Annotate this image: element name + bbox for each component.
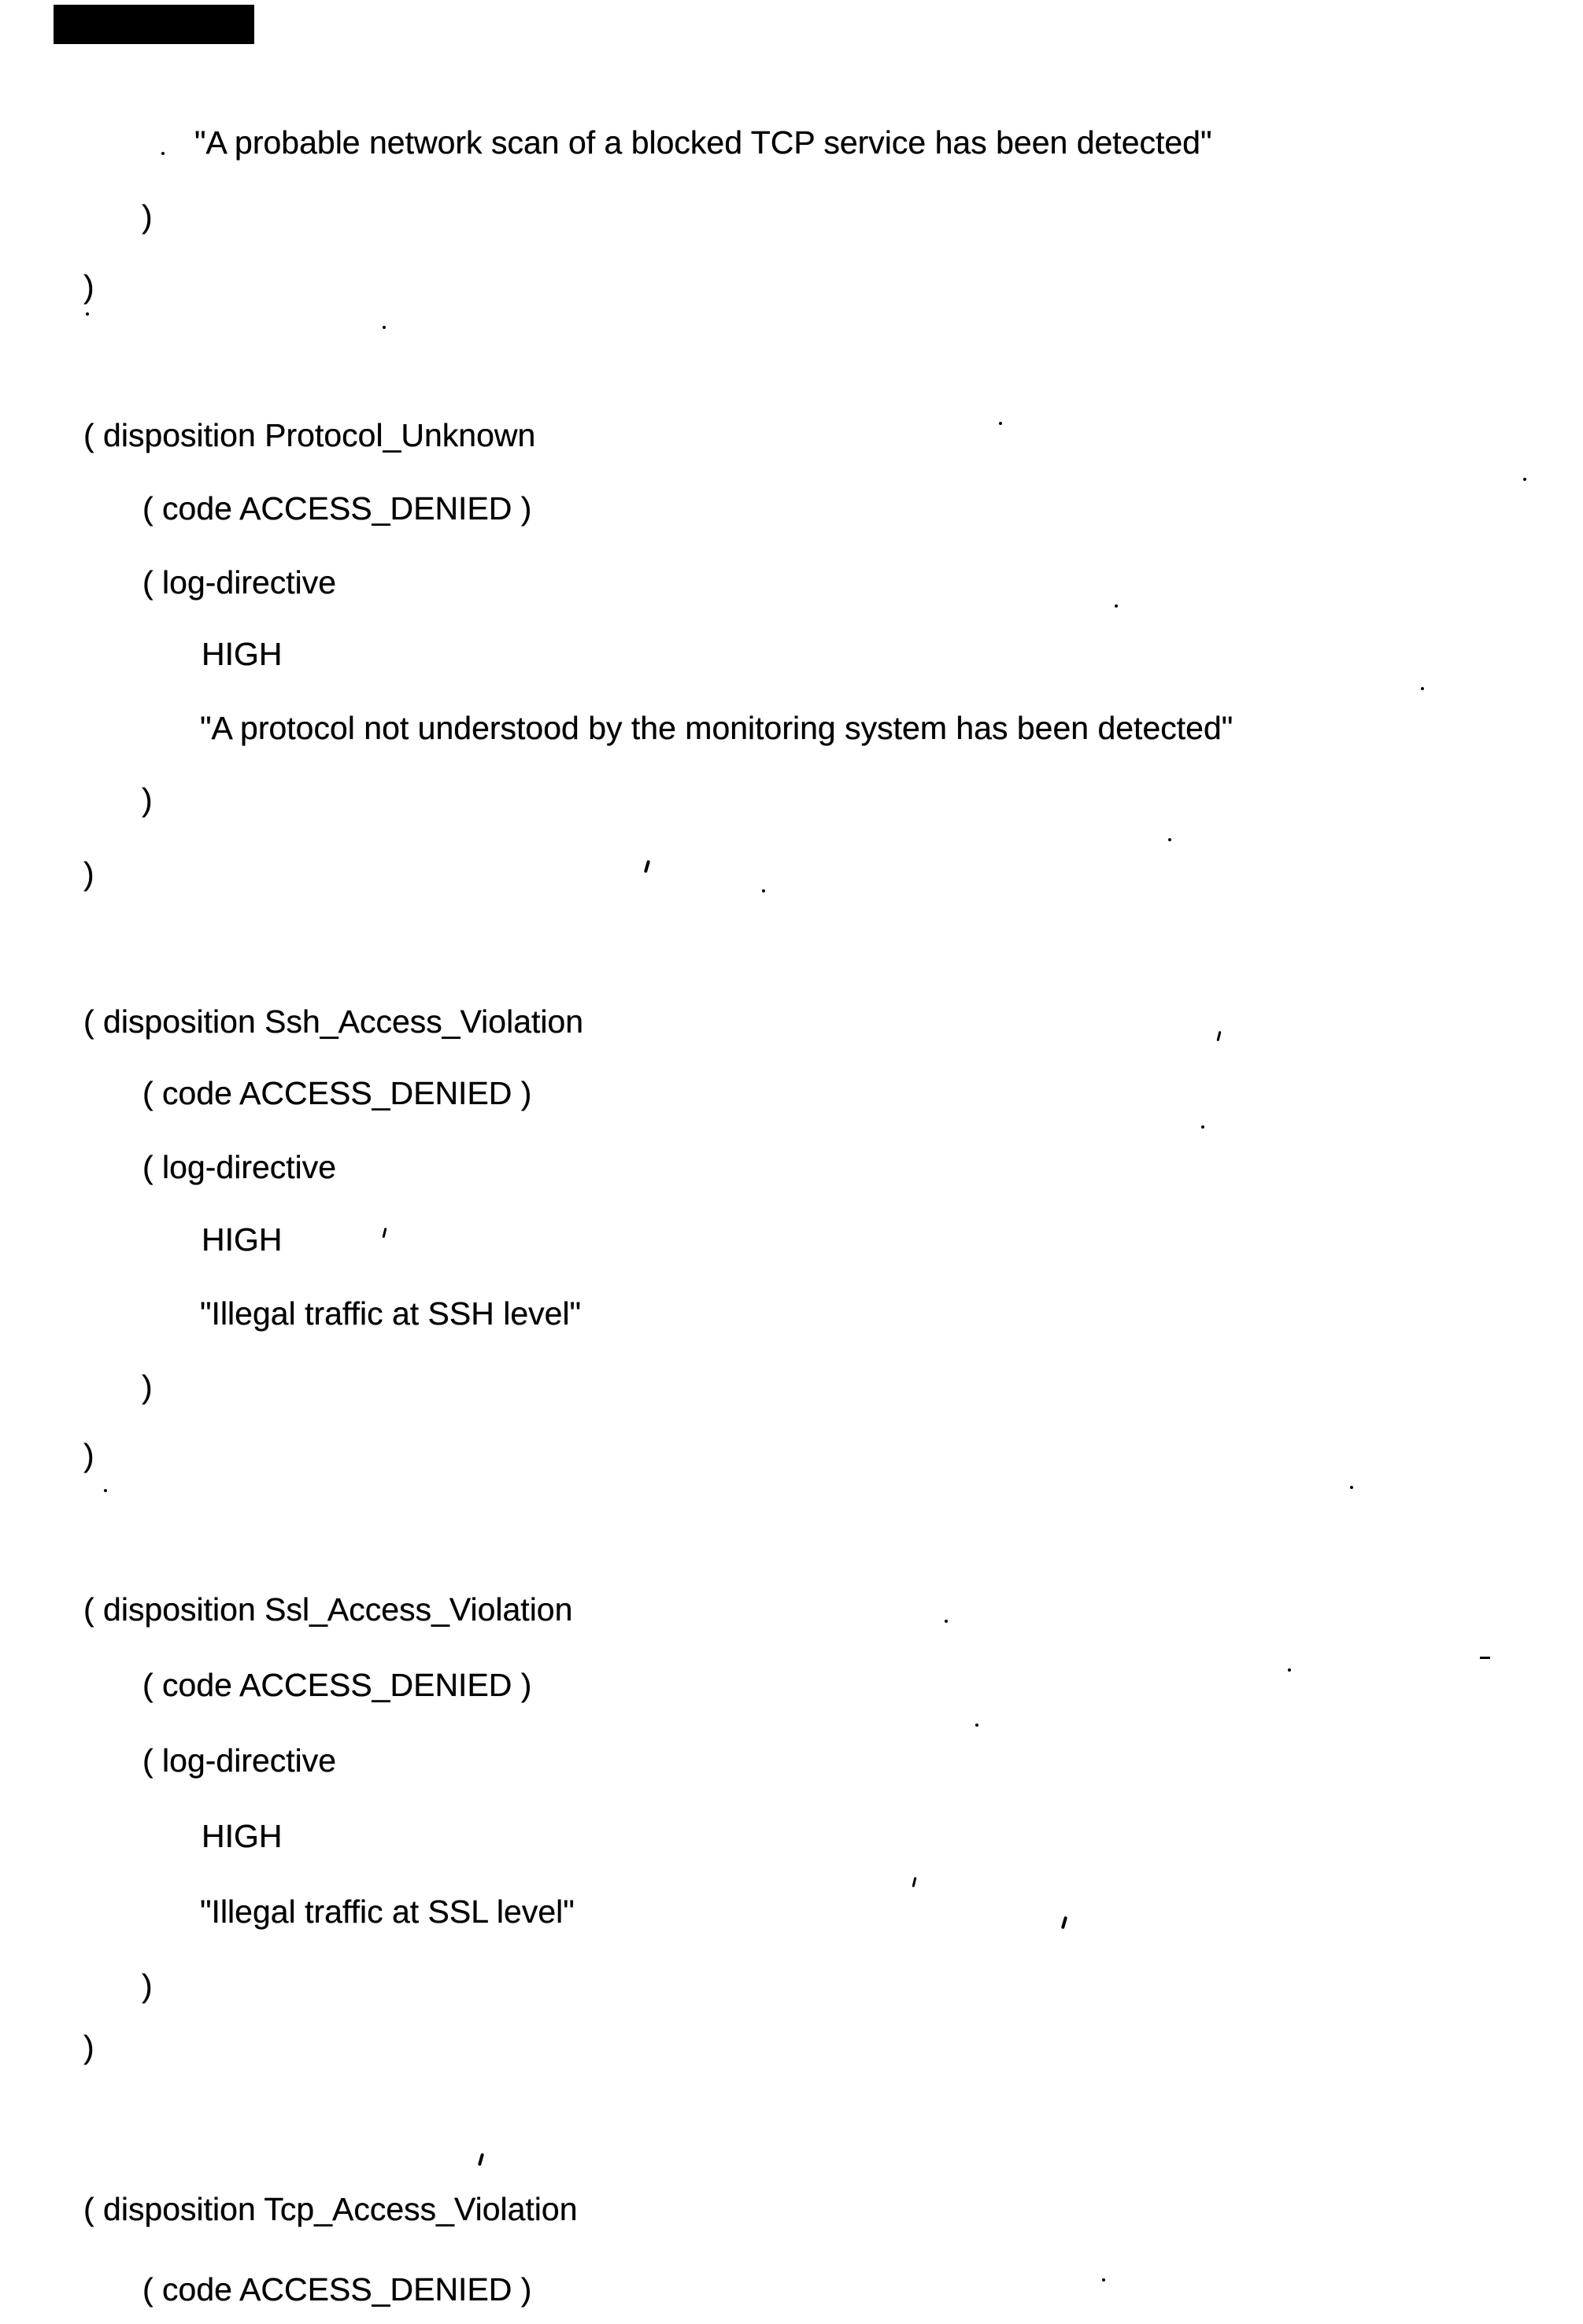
code-line: "A probable network scan of a blocked TC… [194, 127, 1212, 159]
code-line: ( code ACCESS_DENIED ) [142, 1669, 531, 1701]
code-line: ( disposition Protocol_Unknown [83, 419, 535, 452]
code-line: ( disposition Ssl_Access_Violation [83, 1594, 572, 1626]
noise-speck [104, 1489, 107, 1492]
noise-speck [1102, 2278, 1105, 2282]
noise-speck [1115, 604, 1118, 608]
noise-speck [1168, 838, 1171, 841]
code-line: HIGH [202, 1820, 283, 1853]
noise-speck [161, 152, 165, 155]
code-line: HIGH [202, 1224, 283, 1256]
code-line: ) [142, 1970, 153, 2002]
noise-speck [1288, 1668, 1291, 1672]
noise-slash-mark [1061, 1916, 1067, 1929]
code-line: ( log-directive [142, 1745, 336, 1777]
code-line: ( code ACCESS_DENIED ) [142, 1077, 531, 1110]
noise-speck [975, 1724, 978, 1727]
code-line: ( log-directive [142, 567, 336, 599]
noise-speck [86, 312, 89, 316]
noise-speck [1523, 478, 1526, 481]
corner-scan-artifact [54, 5, 254, 44]
noise-slash-mark [478, 2153, 484, 2166]
noise-speck [945, 1620, 948, 1623]
noise-speck [1350, 1486, 1353, 1489]
code-line: ( code ACCESS_DENIED ) [142, 2274, 531, 2306]
noise-speck [999, 422, 1002, 425]
code-line: ( disposition Ssh_Access_Violation [83, 1006, 583, 1038]
code-line: ( log-directive [142, 1151, 336, 1184]
code-line: "Illegal traffic at SSH level" [200, 1298, 581, 1330]
code-line: ) [142, 1371, 153, 1403]
noise-speck [762, 889, 765, 892]
code-line: ) [83, 2031, 94, 2064]
noise-speck [912, 1877, 916, 1887]
code-line: "Illegal traffic at SSL level" [200, 1896, 575, 1928]
code-line: ) [83, 1439, 94, 1472]
code-line: ) [83, 271, 94, 303]
code-line: ( code ACCESS_DENIED ) [142, 493, 531, 525]
noise-slash-mark [644, 860, 650, 873]
code-line: ( disposition Tcp_Access_Violation [83, 2193, 578, 2226]
noise-speck [382, 1228, 387, 1238]
code-line: HIGH [202, 638, 283, 671]
code-line: ) [142, 784, 153, 816]
noise-speck [1216, 1031, 1221, 1041]
noise-speck [1201, 1125, 1204, 1129]
code-line: ) [142, 201, 153, 233]
code-line: ) [83, 858, 94, 890]
noise-speck [383, 326, 386, 329]
noise-speck [1421, 687, 1424, 690]
document-page: "A probable network scan of a blocked TC… [0, 0, 1583, 2324]
code-line: "A protocol not understood by the monito… [200, 712, 1233, 744]
noise-speck [1480, 1657, 1490, 1659]
